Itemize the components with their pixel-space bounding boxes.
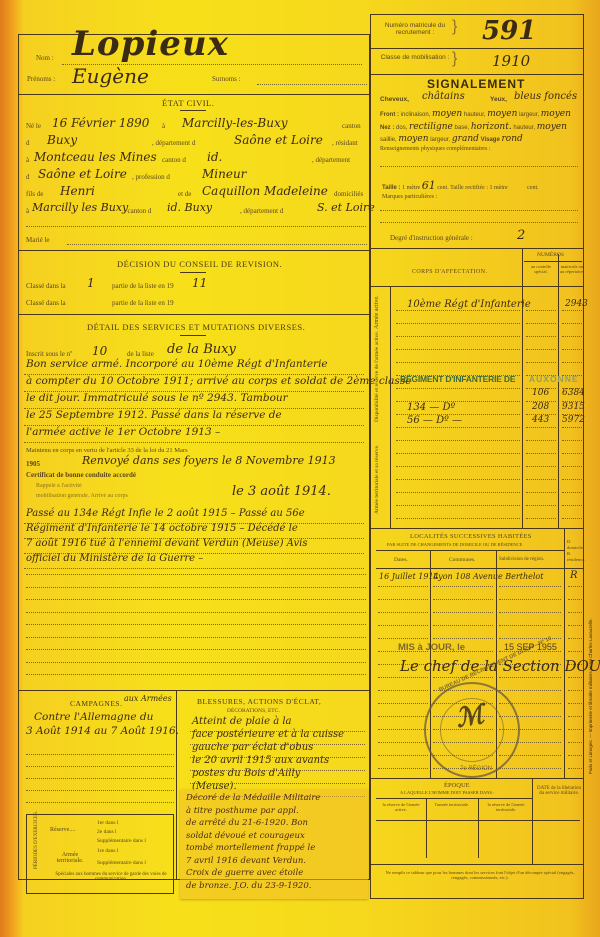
official-stamp-region: 7e RÉGION xyxy=(460,766,492,772)
medal-line: soldat dévoué et courageux xyxy=(186,831,305,841)
col-dates: Dates. xyxy=(394,557,408,563)
affect-stamp: RÉGIMENT D'INFANTERIE DE xyxy=(400,374,515,384)
prenoms-label: Prénoms : xyxy=(27,75,55,83)
revision-row1-partie: 1 xyxy=(87,276,95,290)
affect-row-1-corps: 10ème Régt d'Infanterie xyxy=(407,299,531,310)
service-lines-line: le 25 Septembre 1912. Passé dans la rése… xyxy=(26,409,282,421)
date-liberation-header: DATE de la libération du service militai… xyxy=(536,786,582,796)
epoque-subtitle: A LAQUELLE L'HOMME DOIT PASSER DANS : xyxy=(400,790,494,795)
blessures-subtitle: DÉCORATIONS, ETC. xyxy=(227,708,280,714)
rappel-label-1: Rappelé à l'activité xyxy=(36,483,82,489)
departement-label: , département d xyxy=(152,139,195,147)
a-label: à xyxy=(162,122,165,130)
profession-label: , profession d xyxy=(132,173,170,181)
reserve-row-1: 1er dans l xyxy=(97,820,118,826)
instruction-value: 2 xyxy=(517,228,525,243)
profession: Mineur xyxy=(202,167,246,181)
campagne-line-1: Contre l'Allemagne du xyxy=(34,711,153,723)
classe-value: 1910 xyxy=(492,52,530,70)
marie-label: Marié le xyxy=(26,236,50,244)
campagnes-note: aux Armées xyxy=(124,694,172,703)
front-row: Front : inclinaison, moyen hauteur, moye… xyxy=(380,109,571,119)
yeux-label: Yeux, xyxy=(490,96,507,103)
service-lines-line: le dit jour. Immatriculé sous le nº 2943… xyxy=(26,392,288,404)
birth-canton: Buxy xyxy=(47,133,77,147)
parents-departement: S. et Loire xyxy=(317,201,375,214)
col-communes: Communes. xyxy=(449,557,475,563)
domicile-prefix: à xyxy=(26,207,29,215)
campagnes-title: CAMPAGNES. xyxy=(70,699,122,708)
later-lines-line: 7 août 1916 tué à l'ennemi devant Verdun… xyxy=(26,538,307,549)
armee-active-label: Armée active. xyxy=(374,295,380,329)
col-dr: D. domicile. R. résidence. xyxy=(567,539,581,563)
epoque-title: ÉPOQUE xyxy=(444,782,470,789)
territoriale-label: Armée territoriale. xyxy=(50,852,90,864)
revision-row1-year: 11 xyxy=(192,276,207,290)
revision-row1-prefix: Classé dans la xyxy=(26,282,66,290)
localite-row-1-date: 16 Juillet 1914 xyxy=(379,572,439,581)
affect-row-2-controle: 106 xyxy=(532,388,549,398)
services-title: DÉTAIL DES SERVICES ET MUTATIONS DIVERSE… xyxy=(87,322,305,332)
corps-header: CORPS D'AFFECTATION. xyxy=(412,269,487,275)
service-lines-line: à compter du 10 Octobre 1911; arrivé au … xyxy=(26,375,411,387)
affect-row-2-matricule: 6384 xyxy=(562,388,585,398)
taille-row: Taille : 1 mètre 61 cent. Taille rectifi… xyxy=(382,179,539,192)
blessure-lines-line: gauche par éclat d'obus xyxy=(192,742,313,753)
residence-prefix: à xyxy=(26,156,29,164)
marques-label: Marques particulières : xyxy=(382,194,437,200)
epoque-col-2: l'armée territoriale. xyxy=(429,802,475,807)
dispo-label: Disponibilité et réserve de l'armée acti… xyxy=(374,331,380,422)
blessures-title: BLESSURES, ACTIONS D'ÉCLAT, xyxy=(197,697,321,706)
territoriale-row-2: Supplémentaire dans l xyxy=(97,860,146,866)
nez-row-2: saillie, moyen largeur, grand Visage ron… xyxy=(380,134,523,144)
rappel-label-2: mobilisation générale. Arrivé au corps xyxy=(36,493,128,499)
yeux-value: bleus foncés xyxy=(514,91,577,102)
residence: Montceau les Mines xyxy=(34,150,157,164)
surnoms-label: Surnoms : xyxy=(212,75,241,83)
territoriale-armee-label: Armée territoriale et sa réserve. xyxy=(374,445,380,514)
revision-row1-mid: partie de la liste en 19 xyxy=(112,282,174,290)
reserve-label: Réserve.... xyxy=(50,827,75,833)
medal-line: 7 avril 1916 devant Verdun. xyxy=(186,856,306,866)
reserve-row-2: 2e dans l xyxy=(97,829,117,835)
printer-credit: Paris et Limoges. — Imprimerie et librai… xyxy=(588,618,593,774)
medal-line: de arrêté du 21-6-1920. Bon xyxy=(186,818,308,828)
liste-value: de la Buxy xyxy=(167,342,236,357)
father-name: Henri xyxy=(60,184,95,198)
medal-line: Croix de guerre avec étoile xyxy=(186,868,303,878)
epoque-col-1: la réserve de l'armée active. xyxy=(378,802,424,812)
epoque-col-3: la réserve de l'armée territoriale. xyxy=(481,802,531,812)
et-de-label: et de xyxy=(178,190,191,198)
parents-domicile: Marcilly les Buxy xyxy=(32,201,128,214)
blessure-lines-line: face postérieure et à la cuisse xyxy=(192,729,344,740)
blessure-lines-line: le 20 avril 1915 aux avants xyxy=(192,755,329,766)
medal-line: tombé mortellement frappé le xyxy=(186,843,315,853)
speciales-label: Spéciales aux hommes du service de garde… xyxy=(52,872,170,882)
col-subdivision: Subdivision de région. xyxy=(499,557,544,562)
localites-subtitle: PAR SUITE DE CHANGEMENTS DE DOMICILE OU … xyxy=(387,542,523,547)
parents-canton: id. Buxy xyxy=(167,201,212,214)
maintenu-label: Maintenu en corps en vertu de l'article … xyxy=(26,447,188,454)
medal-line: Décoré de la Médaille Militaire xyxy=(186,793,320,803)
campagne-line-2: 3 Août 1914 au 7 Août 1916. xyxy=(26,725,179,737)
mis-a-jour-label: MIS à JOUR, le xyxy=(398,642,465,653)
certificat-label: Certificat de bonne conduite accordé xyxy=(26,471,136,479)
nom-label: Nom : xyxy=(36,54,54,62)
canton3-label: , canton d xyxy=(124,207,151,215)
signalement-title: SIGNALEMENT xyxy=(427,77,525,91)
residence-departement: Saône et Loire xyxy=(38,167,127,181)
col-controle: au contrôle spécial. xyxy=(524,264,558,274)
service-lines-line: Bon service armé. Incorporé au 10ème Rég… xyxy=(26,358,328,370)
service-lines-line: l'armée active le 1er Octobre 1913 – xyxy=(26,426,220,438)
numeros-header: NUMÉROS xyxy=(537,252,564,258)
medal-citation-lines: Décoré de la Médaille Militaireà titre p… xyxy=(180,789,368,899)
official-stamp: BUREAU DE RECRUTEMENT DE DIJON – Nº 10 7… xyxy=(424,682,520,778)
birth-departement: Saône et Loire xyxy=(234,133,323,147)
later-lines-line: Régiment d'Infanterie le 14 octobre 1915… xyxy=(26,523,298,534)
instruction-label: Degré d'instruction générale : xyxy=(390,234,473,242)
classe-label: Classe de mobilisation : xyxy=(380,54,450,61)
prenoms-value: Eugène xyxy=(72,64,149,88)
canton2-label: canton d xyxy=(162,156,186,164)
fils-de-label: fils de xyxy=(26,190,43,198)
medal-line: à titre posthume par appl. xyxy=(186,806,299,816)
affect-row-4-controle: 443 xyxy=(532,415,549,425)
periodes-box xyxy=(26,814,174,894)
birth-place: Marcilly-les-Buxy xyxy=(182,116,288,130)
military-register-page: Nom : Lopieux Prénoms : Eugène Surnoms :… xyxy=(12,14,588,919)
matricule-label: Numéro matricule du recrutement : xyxy=(380,22,450,36)
inscrit-label: Inscrit sous le nº xyxy=(26,350,72,358)
affect-row-3-matricule: 9315 xyxy=(562,402,585,412)
domicilies-label: domiciliés xyxy=(334,190,363,198)
territoriale-row-1: 1re dans l xyxy=(97,848,118,854)
canton-prefix: d xyxy=(26,139,30,147)
localites-title: LOCALITÉS SUCCESSIVES HABITÉES xyxy=(410,533,532,540)
inscrit-num: 10 xyxy=(92,344,107,358)
affect-row-3-corps: 134 — Dº xyxy=(407,402,455,413)
periodes-side-label: PÉRIODES D'EXERCICES. xyxy=(34,811,39,869)
mother-name: Caquillon Madeleine xyxy=(202,184,328,198)
etat-civil-title: ÉTAT CIVIL. xyxy=(162,98,214,108)
departement2-prefix: d xyxy=(26,173,30,181)
nez-row: Nez : dos, rectiligne base, horizont. ha… xyxy=(380,122,567,132)
canton-label: canton xyxy=(342,122,361,130)
renseignements-label: Renseignements physiques complémentaires… xyxy=(380,146,490,152)
col-matricule: matricule ou au répertoire. xyxy=(560,264,584,274)
epoque-footnote: Ne remplir ce tableau que pour les homme… xyxy=(380,870,580,880)
rappel-date: le 3 août 1914. xyxy=(232,484,331,499)
affect-row-1-matricule: 2943 xyxy=(565,299,588,309)
residence-canton: id. xyxy=(207,150,222,164)
matricule-number: 591 xyxy=(482,16,536,46)
later-lines-line: Passé au 134e Régt Infie le 2 août 1915 … xyxy=(26,508,305,519)
residant-label: , résidant xyxy=(332,139,358,147)
departement3-label: , département d xyxy=(240,207,283,215)
official-signature: ℳ xyxy=(454,700,487,734)
nom-value: Lopieux xyxy=(72,24,229,64)
affect-row-4-corps: 56 — Dº — xyxy=(407,415,462,426)
departement2-label: , département xyxy=(312,156,350,164)
blessure-lines-line: Atteint de plaie à la xyxy=(192,716,292,727)
medal-line: de bronze. J.O. du 23-9-1920. xyxy=(186,881,311,891)
liste-label: de la liste xyxy=(127,350,154,358)
maintenu-year: 1905 xyxy=(26,460,40,468)
birth-date: 16 Février 1890 xyxy=(52,116,149,130)
blessure-lines-line: postes du Bois d'Ailly xyxy=(192,768,300,779)
cheveux-label: Cheveux, xyxy=(380,96,409,103)
later-lines-line: officiel du Ministère de la Guerre – xyxy=(26,553,203,564)
revision-row2-prefix: Classé dans la xyxy=(26,299,66,307)
cheveux-value: châtains xyxy=(422,91,465,102)
affect-row-4-matricule: 5972 xyxy=(562,415,585,425)
localite-row-1-dr: R xyxy=(570,570,578,581)
affect-row-3-controle: 208 xyxy=(532,402,549,412)
reserve-row-3: Supplémentaire dans l xyxy=(97,838,146,844)
affect-stamp-city: AUXONNE xyxy=(529,374,579,384)
revision-row2-mid: partie de la liste en 19 xyxy=(112,299,174,307)
ne-le-label: Né le xyxy=(26,122,41,130)
revision-title: DÉCISION DU CONSEIL DE REVISION. xyxy=(117,259,282,269)
renvoye-line: Renvoyé dans ses foyers le 8 Novembre 19… xyxy=(82,454,336,467)
localite-row-1-commune: Lyon 108 Avenue Berthelot xyxy=(433,572,543,581)
